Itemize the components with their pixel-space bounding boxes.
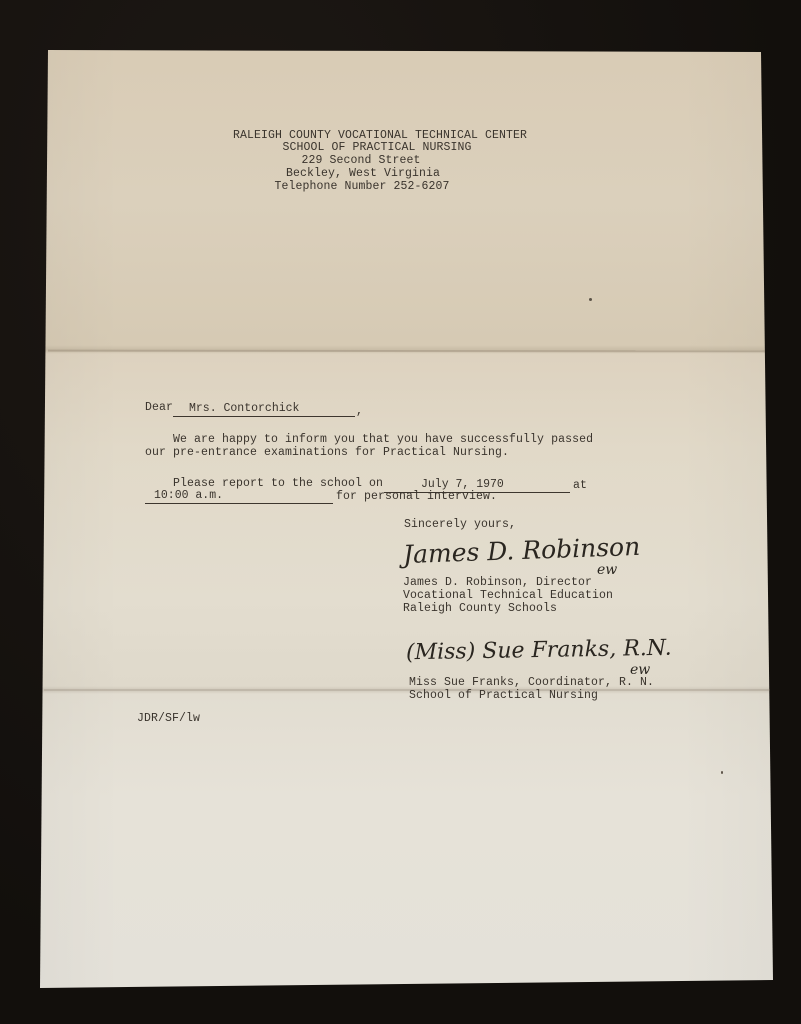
- letterhead-city: Beckley, West Virginia: [183, 167, 543, 181]
- salutation-prefix: Dear: [145, 401, 173, 415]
- at-label: at: [573, 479, 587, 493]
- letterhead-street: 229 Second Street: [181, 154, 541, 168]
- interview-purpose: for personal interview.: [336, 490, 497, 504]
- recipient-name: Mrs. Contorchick: [189, 402, 299, 415]
- signer2-name-title: Miss Sue Franks, Coordinator, R. N.: [409, 676, 654, 690]
- fold-crease-lower: [44, 689, 770, 691]
- signature-franks: (Miss) Sue Franks, R.N.: [406, 636, 672, 666]
- paper-speck: [589, 298, 592, 301]
- paragraph1-line2: our pre-entrance examinations for Practi…: [145, 446, 509, 460]
- recipient-name-blank: Mrs. Contorchick: [173, 402, 355, 417]
- signature-initials-1: ew: [597, 562, 617, 578]
- salutation-comma: ,: [356, 405, 363, 419]
- signer1-name-title: James D. Robinson, Director: [403, 576, 592, 590]
- paragraph1-line1: We are happy to inform you that you have…: [145, 433, 593, 447]
- paper-speck: [721, 771, 723, 774]
- letterhead-phone: Telephone Number 252-6207: [182, 180, 542, 194]
- signer2-organization: School of Practical Nursing: [409, 689, 598, 703]
- signer1-department: Vocational Technical Education: [403, 589, 613, 603]
- interview-time-blank: 10:00 a.m.: [145, 489, 333, 504]
- letterhead-school: SCHOOL OF PRACTICAL NURSING: [197, 141, 557, 155]
- reference-initials: JDR/SF/lw: [137, 712, 200, 726]
- interview-time: 10:00 a.m.: [154, 489, 223, 502]
- signer1-organization: Raleigh County Schools: [403, 602, 557, 616]
- letter-paper: RALEIGH COUNTY VOCATIONAL TECHNICAL CENT…: [0, 0, 801, 1024]
- valediction: Sincerely yours,: [404, 518, 516, 532]
